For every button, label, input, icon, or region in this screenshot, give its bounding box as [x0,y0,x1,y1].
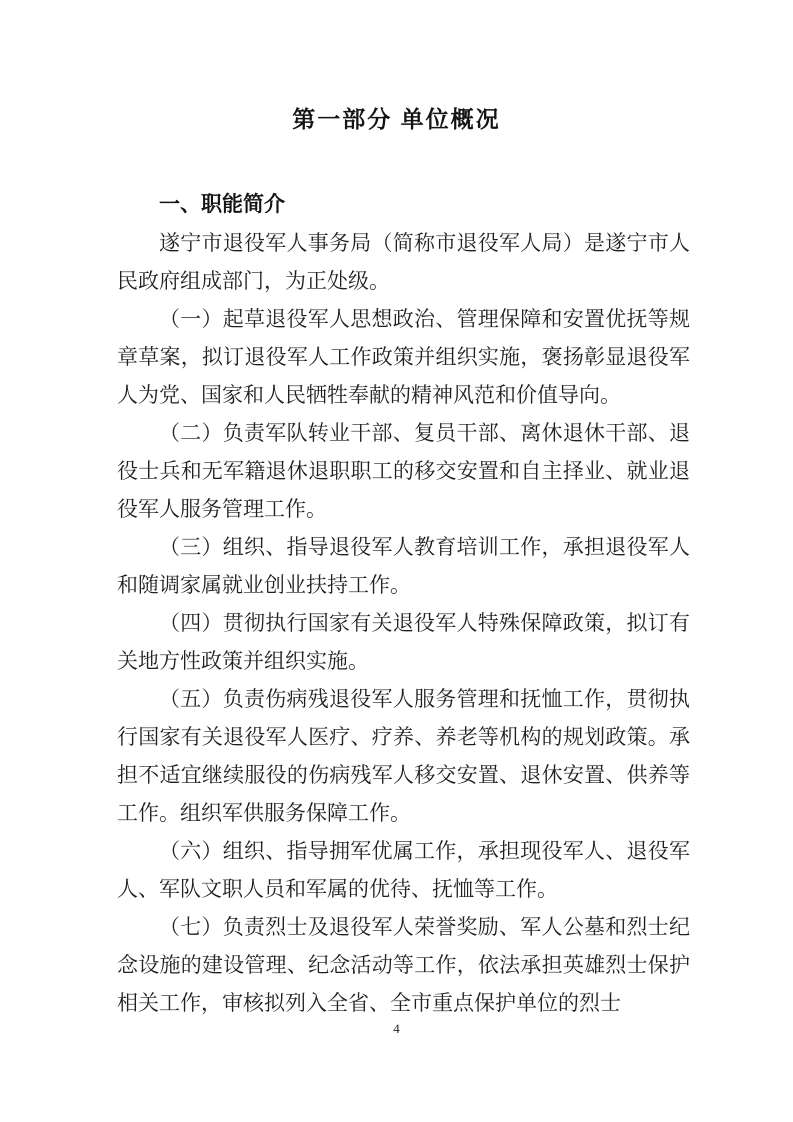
paragraph-duty-7: （七）负责烈士及退役军人荣誉奖励、军人公墓和烈士纪念设施的建设管理、纪念活动等工… [117,908,690,1022]
paragraph-duty-3: （三）组织、指导退役军人教育培训工作，承担退役军人和随调家属就业创业扶持工作。 [117,528,690,604]
paragraph-duty-5: （五）负责伤病残退役军人服务管理和抚恤工作，贯彻执行国家有关退役军人医疗、疗养、… [117,680,690,832]
section-heading: 一、职能简介 [117,186,690,224]
paragraph-duty-4: （四）贯彻执行国家有关退役军人特殊保障政策，拟订有关地方性政策并组织实施。 [117,604,690,680]
page-number: 4 [0,1021,793,1037]
document-page: 第一部分 单位概况 一、职能简介 遂宁市退役军人事务局（简称市退役军人局）是遂宁… [0,0,793,1122]
paragraph-duty-2: （二）负责军队转业干部、复员干部、离休退休干部、退役士兵和无军籍退休退职职工的移… [117,414,690,528]
document-title: 第一部分 单位概况 [0,0,793,134]
paragraph-duty-6: （六）组织、指导拥军优属工作，承担现役军人、退役军人、军队文职人员和军属的优待、… [117,832,690,908]
document-body: 一、职能简介 遂宁市退役军人事务局（简称市退役军人局）是遂宁市人民政府组成部门，… [0,186,793,1022]
paragraph-duty-1: （一）起草退役军人思想政治、管理保障和安置优抚等规章草案，拟订退役军人工作政策并… [117,300,690,414]
paragraph-intro: 遂宁市退役军人事务局（简称市退役军人局）是遂宁市人民政府组成部门，为正处级。 [117,224,690,300]
